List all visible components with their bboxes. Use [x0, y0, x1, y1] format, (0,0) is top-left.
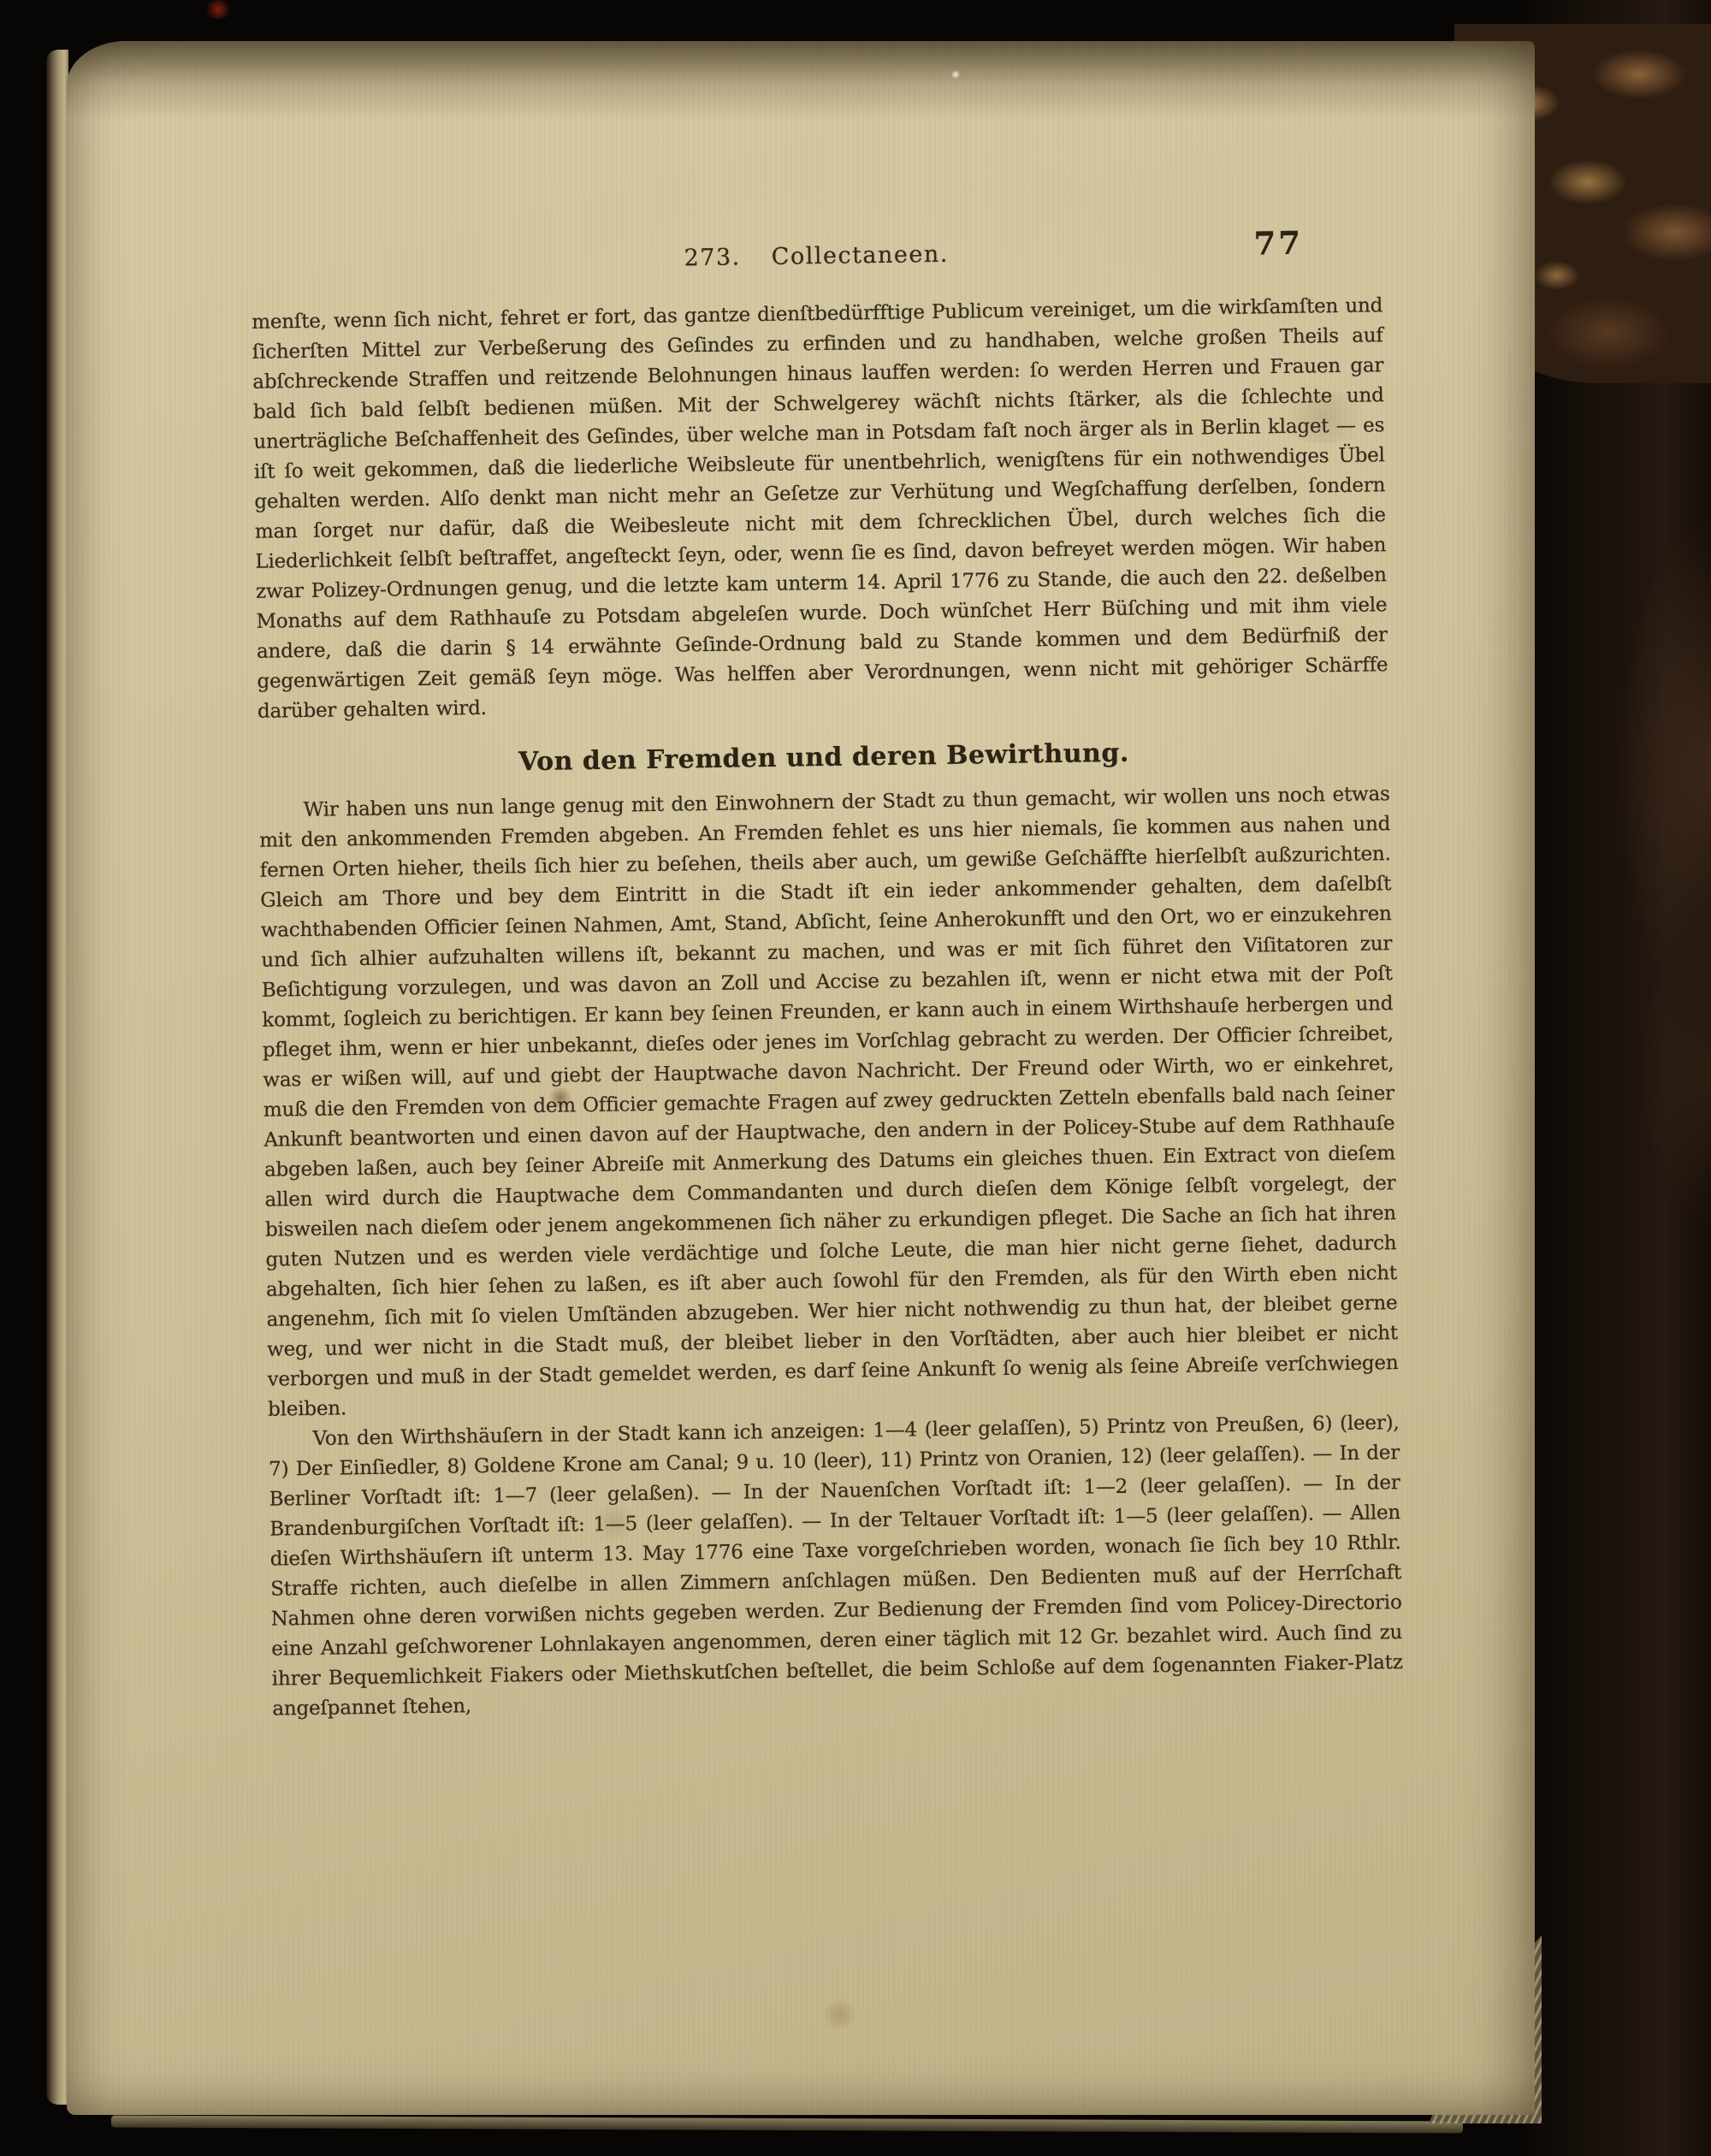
text-column: 273. Collectaneen. 77 menſte, wenn ſich …	[251, 234, 1403, 1724]
book-page: 273. Collectaneen. 77 menſte, wenn ſich …	[67, 41, 1535, 2115]
page-edges-bottom	[111, 2116, 1463, 2134]
section-heading: Von den Fremden und deren Bewirthung.	[258, 734, 1389, 781]
paragraph: Von den Wirthshäuſern in der Stadt kann …	[268, 1408, 1403, 1725]
page-number: 77	[1253, 224, 1303, 263]
paragraph: Wir haben uns nun lange genug mit den Ei…	[259, 779, 1400, 1425]
red-speck	[204, 0, 233, 19]
page-top-shadow	[67, 41, 1535, 120]
paper-smudge	[820, 2000, 859, 2029]
white-speck	[951, 70, 960, 79]
scanned-book-photo: 273. Collectaneen. 77 menſte, wenn ſich …	[0, 0, 1711, 2156]
page-edges-left	[46, 50, 68, 2105]
paragraph-continuation: menſte, wenn ſich nicht, fehret er fort,…	[252, 291, 1388, 727]
chapter-number: 273.	[684, 244, 741, 271]
chapter-title: Collectaneen.	[772, 241, 949, 270]
